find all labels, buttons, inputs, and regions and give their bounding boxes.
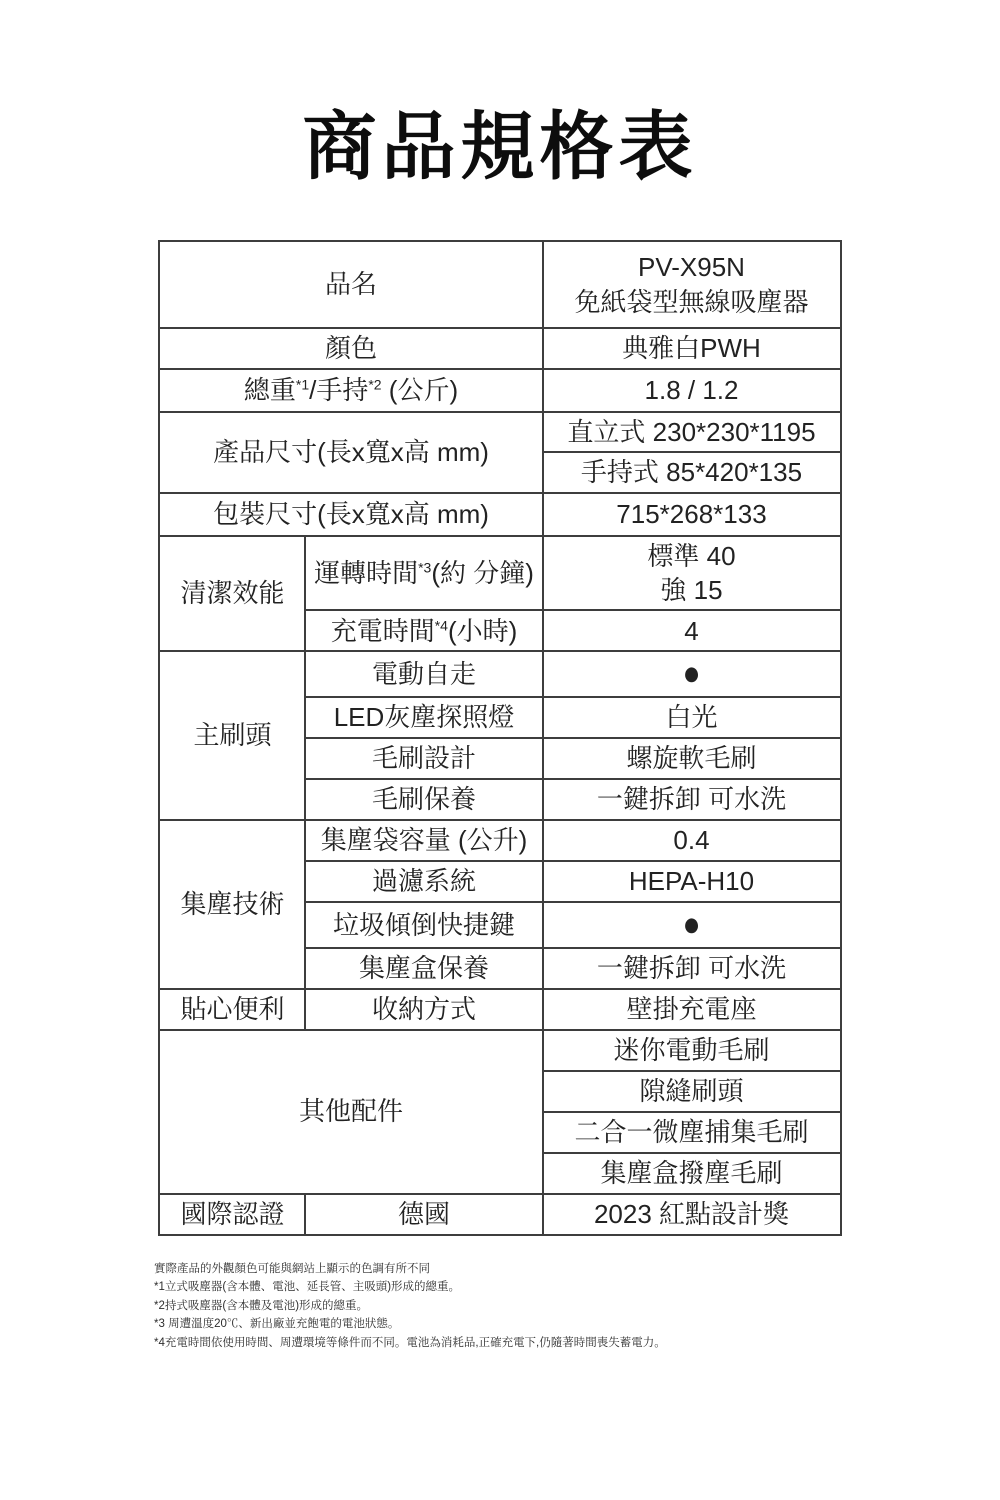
brush-design-label: 毛刷設計 <box>305 738 542 779</box>
row-certification: 國際認證 德國 2023 紅點設計獎 <box>159 1194 840 1235</box>
footnote-line: *2持式吸塵器(含本體及電池)形成的總重。 <box>154 1297 894 1316</box>
weight-value: 1.8 / 1.2 <box>543 369 841 412</box>
filled-dot-icon: ● <box>682 902 700 948</box>
accessory-item: 隙縫刷頭 <box>543 1071 841 1112</box>
charge-time-value: 4 <box>543 610 841 651</box>
quick-empty-value: ● <box>543 902 841 948</box>
charge-time-label: 充電時間*4(小時) <box>305 610 542 651</box>
charge-time-footnote-mark: *4 <box>435 617 448 633</box>
product-size-upright-value: 直立式 230*230*1195 <box>543 412 841 452</box>
runtime-strong: 強 15 <box>548 573 836 607</box>
row-weight: 總重*1/手持*2 (公斤) 1.8 / 1.2 <box>159 369 840 412</box>
footnote-line: *3 周遭溫度20℃、新出廠並充飽電的電池狀態。 <box>154 1315 894 1334</box>
color-label: 顏色 <box>159 328 542 369</box>
weight-label: 總重*1/手持*2 (公斤) <box>159 369 542 412</box>
dust-capacity-label: 集塵袋容量 (公升) <box>305 820 542 861</box>
product-size-label: 產品尺寸(長x寬x高 mm) <box>159 412 542 493</box>
accessory-item: 二合一微塵捕集毛刷 <box>543 1112 841 1153</box>
self-propel-value: ● <box>543 651 841 697</box>
page-title: 商品規格表 <box>0 0 1000 189</box>
footnote-line: *4充電時間依使用時間、周遭環境等條件而不同。電池為消耗品,正確充電下,仍隨著時… <box>154 1334 894 1353</box>
brush-care-label: 毛刷保養 <box>305 779 542 820</box>
certification-country: 德國 <box>305 1194 542 1235</box>
runtime-standard: 標準 40 <box>548 539 836 573</box>
accessory-item: 迷你電動毛刷 <box>543 1030 841 1071</box>
product-name-value: PV-X95N 免紙袋型無線吸塵器 <box>543 241 841 328</box>
runtime-label: 運轉時間*3(約 分鐘) <box>305 536 542 611</box>
self-propel-label: 電動自走 <box>305 651 542 697</box>
main-brush-group-label: 主刷頭 <box>159 651 305 820</box>
weight-footnote-mark-2: *2 <box>368 377 381 393</box>
dustbox-care-value: 一鍵拆卸 可水洗 <box>543 948 841 989</box>
row-color: 顏色 典雅白PWH <box>159 328 840 369</box>
cleaning-group-label: 清潔效能 <box>159 536 305 652</box>
dust-capacity-value: 0.4 <box>543 820 841 861</box>
spec-table: 品名 PV-X95N 免紙袋型無線吸塵器 顏色 典雅白PWH 總重*1/手持*2… <box>158 240 841 1235</box>
brush-design-value: 螺旋軟毛刷 <box>543 738 841 779</box>
row-accessory-1: 其他配件 迷你電動毛刷 <box>159 1030 840 1071</box>
row-runtime: 清潔效能 運轉時間*3(約 分鐘) 標準 40 強 15 <box>159 536 840 611</box>
charge-time-label-part: (小時) <box>448 616 517 646</box>
charge-time-label-part: 充電時間 <box>331 616 435 646</box>
storage-value: 壁掛充電座 <box>543 989 841 1030</box>
product-size-handheld-value: 手持式 85*420*135 <box>543 452 841 492</box>
certification-group-label: 國際認證 <box>159 1194 305 1235</box>
dustbox-care-label: 集塵盒保養 <box>305 948 542 989</box>
quick-empty-label: 垃圾傾倒快捷鍵 <box>305 902 542 948</box>
weight-footnote-mark-1: *1 <box>296 377 309 393</box>
row-product-size: 產品尺寸(長x寬x高 mm) 直立式 230*230*1195 <box>159 412 840 452</box>
filled-dot-icon: ● <box>682 651 700 697</box>
row-package-size: 包裝尺寸(長x寬x高 mm) 715*268*133 <box>159 493 840 536</box>
package-size-value: 715*268*133 <box>543 493 841 536</box>
accessory-item: 集塵盒撥塵毛刷 <box>543 1153 841 1194</box>
dust-tech-group-label: 集塵技術 <box>159 820 305 989</box>
convenience-group-label: 貼心便利 <box>159 989 305 1030</box>
filter-system-label: 過濾系統 <box>305 861 542 902</box>
accessories-label: 其他配件 <box>159 1030 542 1194</box>
led-light-label: LED灰塵探照燈 <box>305 697 542 738</box>
weight-label-part: 總重 <box>244 375 296 405</box>
row-self-propel: 主刷頭 電動自走 ● <box>159 651 840 697</box>
product-model: PV-X95N <box>548 250 836 284</box>
filter-system-value: HEPA-H10 <box>543 861 841 902</box>
row-dust-capacity: 集塵技術 集塵袋容量 (公升) 0.4 <box>159 820 840 861</box>
brush-care-value: 一鍵拆卸 可水洗 <box>543 779 841 820</box>
weight-label-part: /手持 <box>309 375 368 405</box>
weight-label-part: (公斤) <box>382 375 459 405</box>
footnote-line: *1立式吸塵器(含本體、電池、延長管、主吸頭)形成的總重。 <box>154 1278 894 1297</box>
runtime-label-part: (約 分鐘) <box>431 558 534 588</box>
color-value: 典雅白PWH <box>543 328 841 369</box>
footnote-line: 實際產品的外觀顏色可能與網站上顯示的色調有所不同 <box>154 1260 894 1279</box>
spec-sheet-page: 商品規格表 品名 PV-X95N 免紙袋型無線吸塵器 顏色 典雅白PWH 總重*… <box>0 0 1000 1500</box>
certification-award: 2023 紅點設計獎 <box>543 1194 841 1235</box>
product-type: 免紙袋型無線吸塵器 <box>548 285 836 319</box>
runtime-label-part: 運轉時間 <box>314 558 418 588</box>
footnotes: 實際產品的外觀顏色可能與網站上顯示的色調有所不同 *1立式吸塵器(含本體、電池、… <box>154 1260 894 1353</box>
runtime-value: 標準 40 強 15 <box>543 536 841 611</box>
row-product-name: 品名 PV-X95N 免紙袋型無線吸塵器 <box>159 241 840 328</box>
row-storage: 貼心便利 收納方式 壁掛充電座 <box>159 989 840 1030</box>
product-name-label: 品名 <box>159 241 542 328</box>
storage-label: 收納方式 <box>305 989 542 1030</box>
runtime-footnote-mark: *3 <box>418 559 431 575</box>
package-size-label: 包裝尺寸(長x寬x高 mm) <box>159 493 542 536</box>
led-light-value: 白光 <box>543 697 841 738</box>
